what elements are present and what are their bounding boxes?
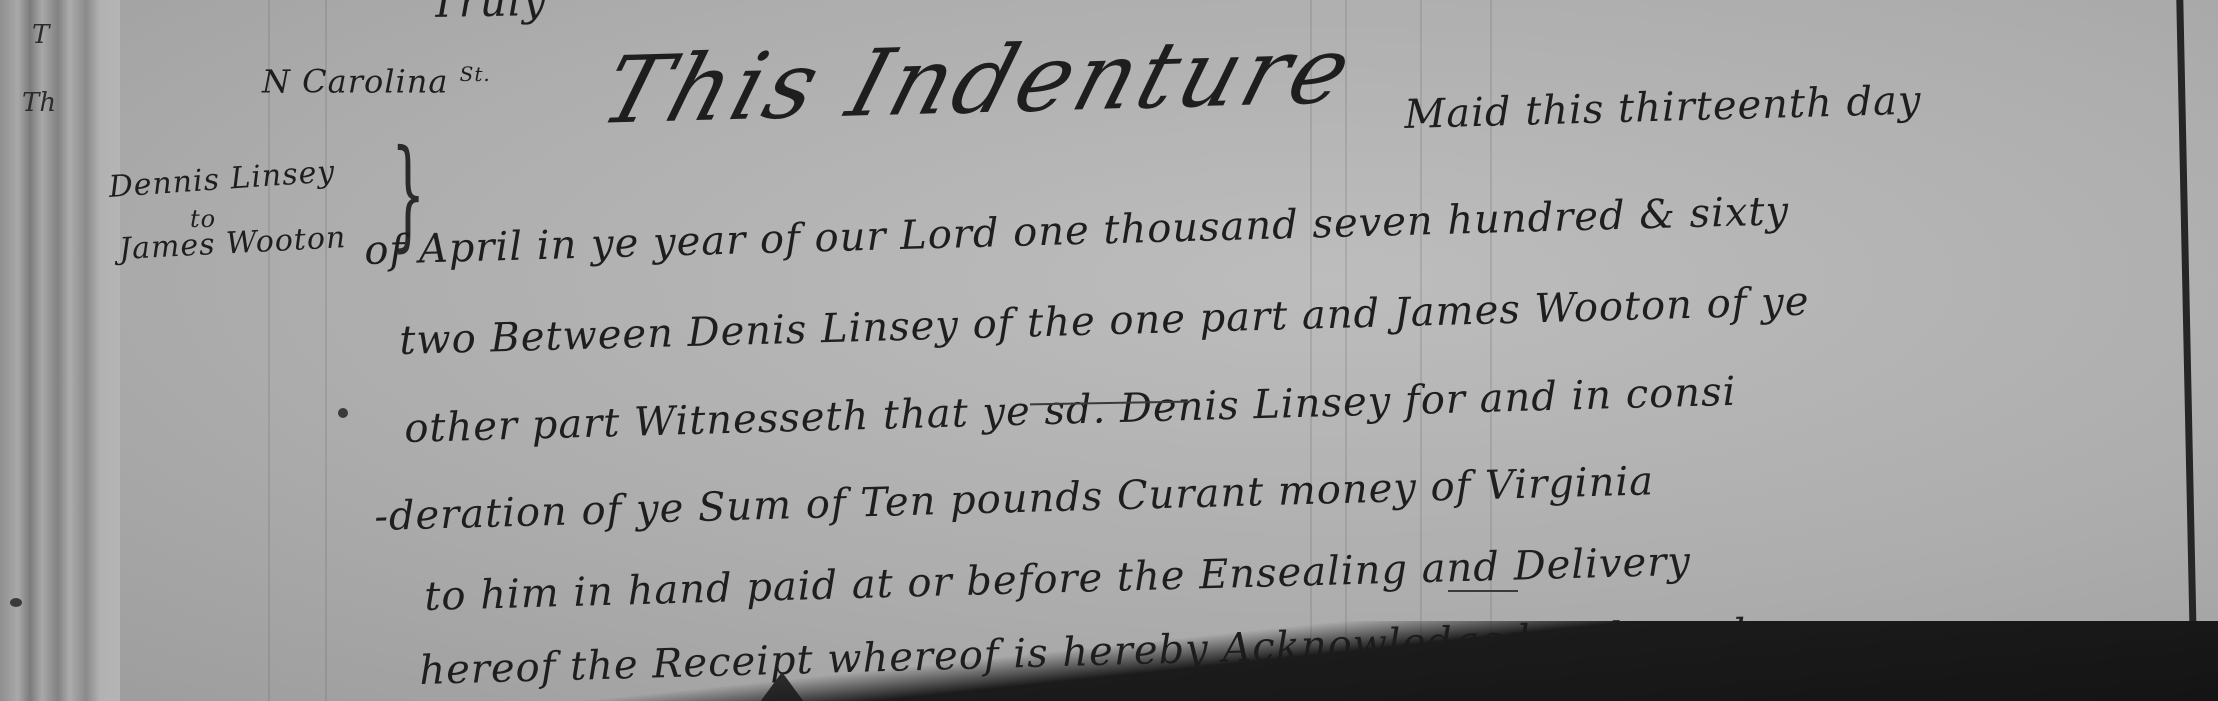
binding-fragment-letter: Th xyxy=(22,88,56,118)
margin-grantee: James Wooton xyxy=(118,220,347,267)
margin-grantor: Dennis Linsey xyxy=(108,154,337,205)
deed-line-2: of April in ye year of our Lord one thou… xyxy=(364,188,1790,274)
bottom-page-shadow xyxy=(0,621,2218,701)
ink-blot xyxy=(10,598,22,607)
margin-state: N Carolina St. xyxy=(262,62,491,101)
scanned-deed-page: T Th Truly N Carolina St. Dennis Linsey … xyxy=(0,0,2218,701)
deed-line-4: other part Witnesseth that ye sd. Denis … xyxy=(404,369,1737,452)
previous-entry-fragment: Truly xyxy=(429,0,547,27)
deed-line-3: two Between Denis Linsey of the one part… xyxy=(399,279,1810,364)
ruling-line xyxy=(268,0,270,701)
ruling-line xyxy=(325,0,327,701)
ruling-line xyxy=(1345,0,1347,701)
binding-fragment-letter: T xyxy=(32,20,49,50)
deed-line-6: to him in hand paid at or before the Ens… xyxy=(424,539,1692,620)
margin-state-name: N Carolina xyxy=(262,63,448,101)
ledger-binding-edge: T Th xyxy=(0,0,120,701)
margin-state-abbrev: St. xyxy=(460,62,491,86)
right-margin-rule xyxy=(2176,0,2196,640)
deed-line-1: Maid this thirteenth day xyxy=(1404,78,1922,138)
underline-mark xyxy=(1448,590,1518,592)
ink-blot xyxy=(338,408,348,418)
deed-title: This Indenture xyxy=(590,16,1367,145)
deed-line-5: -deration of ye Sum of Ten pounds Curant… xyxy=(374,458,1655,540)
